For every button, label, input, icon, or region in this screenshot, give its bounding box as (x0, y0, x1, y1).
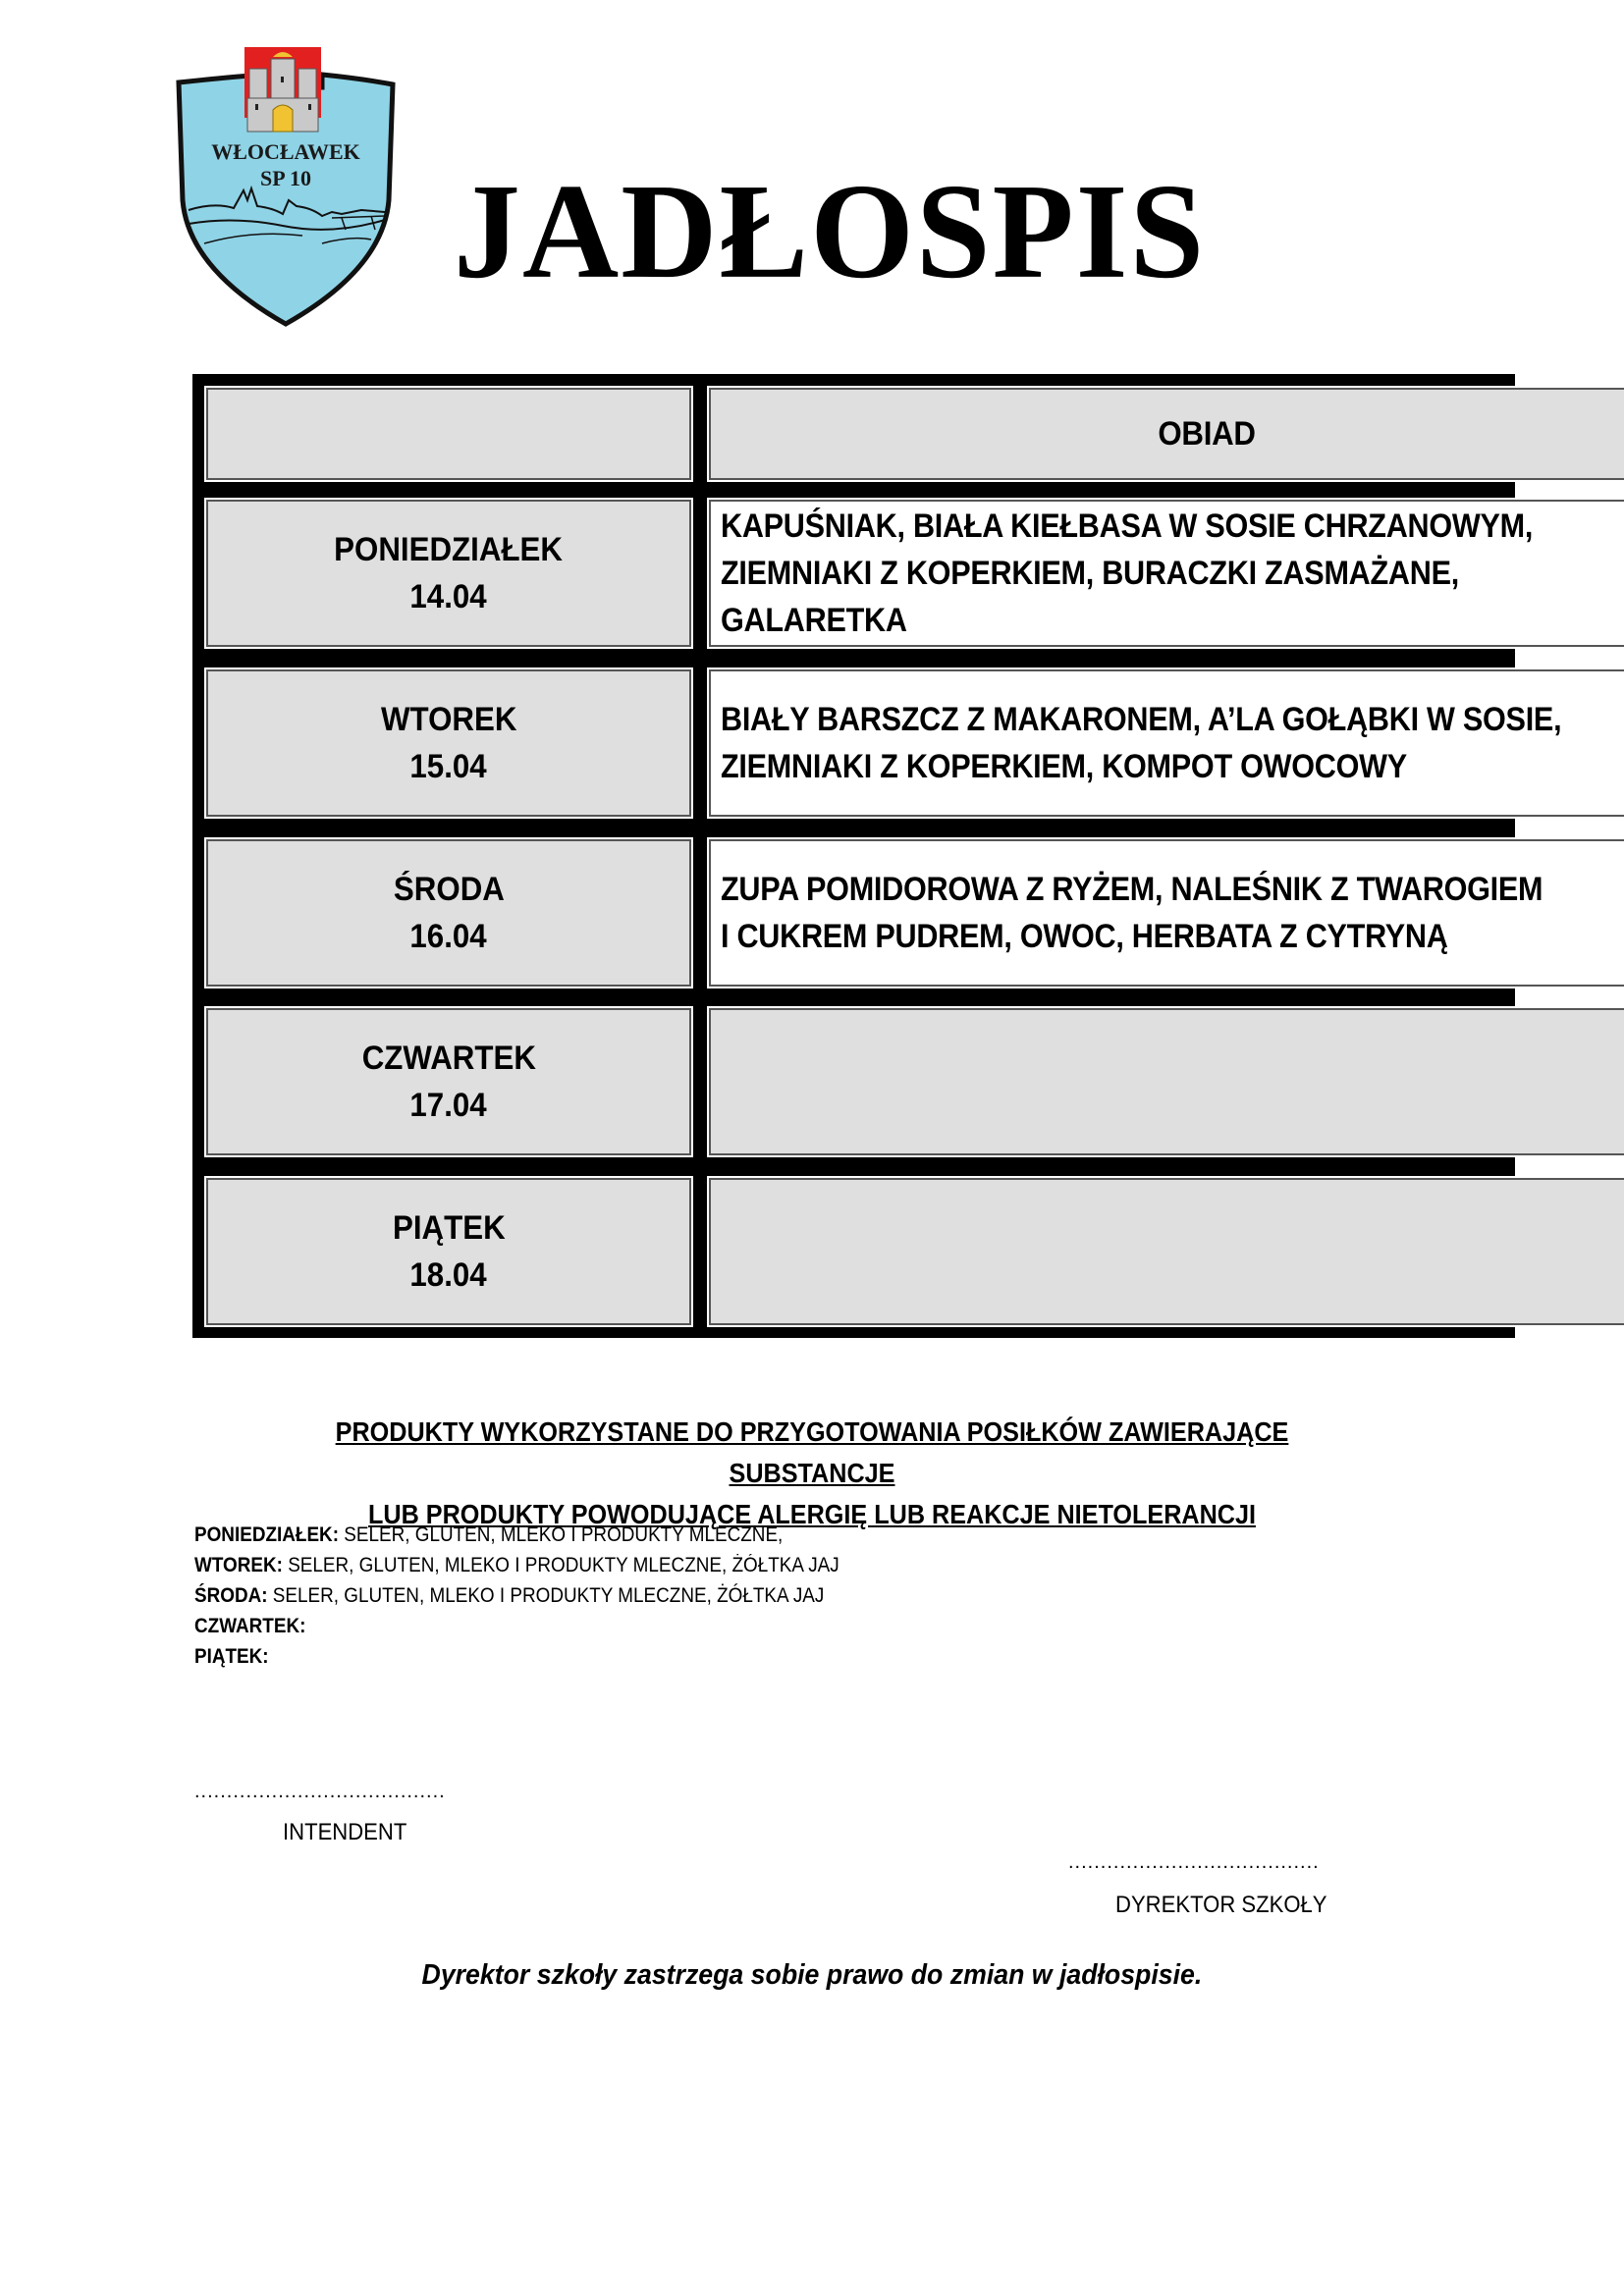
director-signature: ....................................... … (1068, 1847, 1345, 1920)
intendent-signature: ....................................... … (194, 1777, 446, 1847)
allergen-day: CZWARTEK: (194, 1615, 305, 1637)
svg-text:SP 10: SP 10 (260, 166, 311, 190)
header-meal-cell: OBIAD (709, 388, 1624, 480)
day-date: 18.04 (410, 1252, 487, 1299)
allergen-item: ŚRODA: SELER, GLUTEN, MLEKO I PRODUKTY M… (194, 1580, 839, 1611)
day-cell: ŚRODA 16.04 (206, 839, 691, 987)
allergen-values: SELER, GLUTEN, MLEKO I PRODUKTY MLECZNE,… (283, 1554, 839, 1576)
allergen-day: PIĄTEK: (194, 1645, 269, 1668)
table-row: CZWARTEK 17.04 (192, 996, 1515, 1166)
allergen-day: PONIEDZIAŁEK: (194, 1523, 339, 1546)
table-row: PIĄTEK 18.04 (192, 1166, 1515, 1338)
meal-text: KAPUŚNIAK, BIAŁA KIEŁBASA W SOSIE CHRZAN… (721, 503, 1533, 644)
signature-label: DYREKTOR SZKOŁY (1115, 1891, 1327, 1920)
allergen-item: CZWARTEK: (194, 1611, 839, 1641)
day-date: 15.04 (410, 743, 487, 790)
day-cell: WTOREK 15.04 (206, 669, 691, 817)
allergen-day: WTOREK: (194, 1554, 283, 1576)
table-header-row: OBIAD (192, 374, 1515, 488)
svg-text:WŁOCŁAWEK: WŁOCŁAWEK (211, 139, 360, 164)
table-row: ŚRODA 16.04 ZUPA POMIDOROWA Z RYŻEM, NAL… (192, 828, 1515, 996)
day-cell: PONIEDZIAŁEK 14.04 (206, 500, 691, 647)
meal-cell: ZUPA POMIDOROWA Z RYŻEM, NALEŚNIK Z TWAR… (709, 839, 1624, 987)
disclaimer: Dyrektor szkoły zastrzega sobie prawo do… (0, 1959, 1624, 1992)
day-name: WTOREK (381, 696, 516, 743)
day-name: ŚRODA (394, 866, 505, 913)
signature-line: ....................................... (194, 1777, 446, 1806)
allergen-day: ŚRODA: (194, 1584, 268, 1607)
allergen-heading-line1: PRODUKTY WYKORZYSTANE DO PRZYGOTOWANIA P… (249, 1412, 1376, 1494)
allergen-item: PIĄTEK: (194, 1641, 839, 1672)
day-date: 16.04 (410, 913, 487, 960)
disclaimer-text: Dyrektor szkoły zastrzega sobie prawo do… (422, 1959, 1203, 1992)
header-corner-cell (206, 388, 691, 480)
menu-table: OBIAD PONIEDZIAŁEK 14.04 KAPUŚNIAK, BIAŁ… (192, 374, 1515, 1338)
allergen-heading: PRODUKTY WYKORZYSTANE DO PRZYGOTOWANIA P… (187, 1412, 1437, 1535)
table-row: WTOREK 15.04 BIAŁY BARSZCZ Z MAKARONEM, … (192, 658, 1515, 828)
day-cell: PIĄTEK 18.04 (206, 1178, 691, 1325)
school-logo: WŁOCŁAWEK SP 10 (175, 43, 397, 328)
day-name: CZWARTEK (361, 1035, 535, 1082)
meal-column-label: OBIAD (1158, 410, 1255, 457)
page-title: JADŁOSPIS (454, 164, 1206, 300)
meal-cell: KAPUŚNIAK, BIAŁA KIEŁBASA W SOSIE CHRZAN… (709, 500, 1624, 647)
day-date: 17.04 (410, 1082, 487, 1129)
allergen-item: PONIEDZIAŁEK: SELER, GLUTEN, MLEKO I PRO… (194, 1520, 839, 1550)
allergen-values: SELER, GLUTEN, MLEKO I PRODUKTY MLECZNE,… (268, 1584, 825, 1607)
signature-label: INTENDENT (283, 1818, 432, 1847)
day-name: PIĄTEK (393, 1204, 506, 1252)
meal-text: BIAŁY BARSZCZ Z MAKARONEM, A’LA GOŁĄBKI … (721, 696, 1561, 790)
meal-cell: BIAŁY BARSZCZ Z MAKARONEM, A’LA GOŁĄBKI … (709, 669, 1624, 817)
meal-text: ZUPA POMIDOROWA Z RYŻEM, NALEŚNIK Z TWAR… (721, 866, 1543, 960)
signature-line: ....................................... (1068, 1847, 1345, 1877)
allergen-list: PONIEDZIAŁEK: SELER, GLUTEN, MLEKO I PRO… (194, 1520, 911, 1672)
meal-cell (709, 1178, 1624, 1325)
day-cell: CZWARTEK 17.04 (206, 1008, 691, 1155)
table-row: PONIEDZIAŁEK 14.04 KAPUŚNIAK, BIAŁA KIEŁ… (192, 488, 1515, 658)
allergen-item: WTOREK: SELER, GLUTEN, MLEKO I PRODUKTY … (194, 1550, 839, 1580)
day-date: 14.04 (410, 573, 487, 620)
meal-cell (709, 1008, 1624, 1155)
allergen-values: SELER, GLUTEN, MLEKO I PRODUKTY MLECZNE, (339, 1523, 783, 1546)
day-name: PONIEDZIAŁEK (335, 526, 564, 573)
